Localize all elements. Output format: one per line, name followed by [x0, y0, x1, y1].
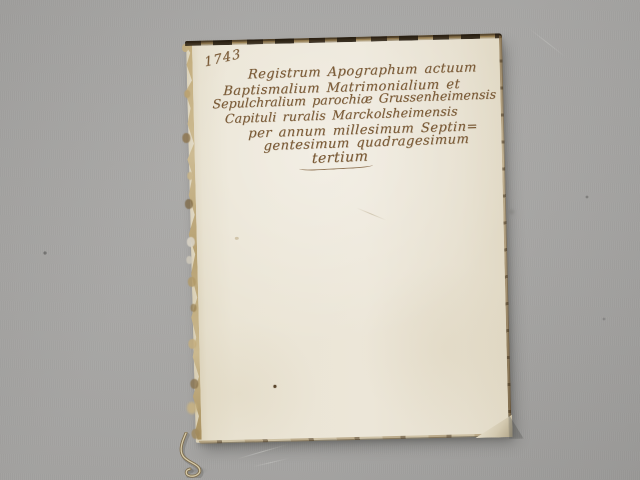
backdrop-scratch — [529, 28, 566, 57]
underline-flourish — [299, 162, 373, 171]
backdrop-scratch — [252, 458, 289, 468]
dust-specks — [0, 0, 2, 2]
year-annotation: 1743 — [204, 47, 243, 71]
manuscript-page: 1743 Registrum Apographum actuum Baptism… — [186, 34, 511, 443]
paper-scratch — [356, 207, 386, 220]
fox-spot — [235, 237, 239, 240]
backdrop-scratch — [237, 444, 289, 460]
ink-spot — [273, 385, 276, 388]
